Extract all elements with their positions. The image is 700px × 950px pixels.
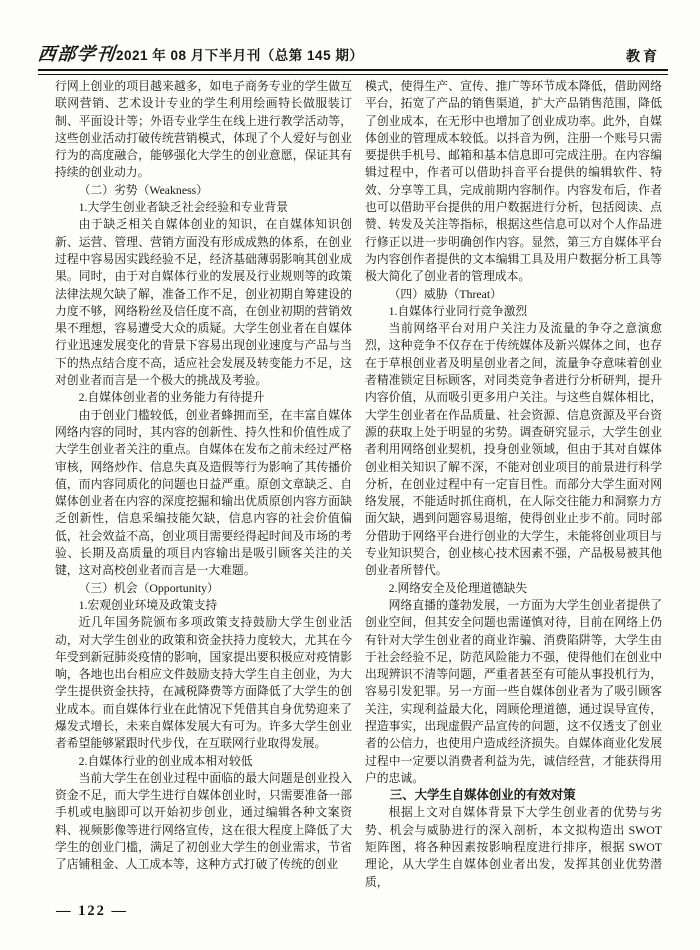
section-heading: 三、大学生自媒体创业的有效对策 — [365, 787, 662, 804]
numbered-heading: 2.自媒体创业者的业务能力有待提升 — [55, 389, 352, 406]
numbered-heading: 1.自媒体行业同行竞争激烈 — [365, 303, 662, 320]
subsection-heading: （三）机会（Opportunity） — [55, 580, 352, 597]
subsection-heading: （二）劣势（Weakness） — [55, 182, 352, 199]
article-body: 行网上创业的项目越来越多，如电子商务专业的学生做互联网营销、艺术设计专业的学生利… — [55, 78, 662, 891]
journal-logo: 西部学刊 — [37, 40, 118, 66]
left-column: 行网上创业的项目越来越多，如电子商务专业的学生做互联网营销、艺术设计专业的学生利… — [55, 78, 352, 891]
paragraph: 网络直播的蓬勃发展，一方面为大学生创业者提供了创业空间，但其安全问题也需谨慎对待… — [365, 597, 662, 787]
paragraph: 当前大学生在创业过程中面临的最大问题是创业投入资金不足，而大学生进行自媒体创业时… — [55, 770, 352, 874]
numbered-heading: 2.网络安全及伦理道德缺失 — [365, 580, 662, 597]
paragraph: 根据上文对自媒体背景下大学生创业者的优势与劣势、机会与威胁进行的深入剖析，本文拟… — [365, 804, 662, 890]
numbered-heading: 1.宏观创业环境及政策支持 — [55, 597, 352, 614]
paragraph: 由于缺乏相关自媒体创业的知识，在自媒体知识创新、运营、管理、营销方面没有形成成熟… — [55, 216, 352, 389]
paragraph-continuation: 行网上创业的项目越来越多，如电子商务专业的学生做互联网营销、艺术设计专业的学生利… — [55, 78, 352, 182]
issue-info: 2021 年 08 月下半月刊（总第 145 期） — [116, 44, 363, 64]
subsection-heading: （四）威胁（Threat） — [365, 286, 662, 303]
right-column: 模式，使得生产、宣传、推广等环节成本降低，借助网络平台，拓宽了产品的销售渠道，扩… — [365, 78, 662, 891]
category-label: 教育 — [626, 46, 660, 66]
paragraph: 近几年国务院颁布多项政策支持鼓励大学生创业活动，对大学生创业的政策和资金扶持力度… — [55, 614, 352, 752]
page-number: — 122 — — [56, 903, 128, 920]
paragraph: 由于创业门槛较低，创业者蜂拥而至，在丰富自媒体网络内容的同时，其内容的创新性、持… — [55, 407, 352, 580]
page-header: 西部学刊 2021 年 08 月下半月刊（总第 145 期） 教育 — [38, 40, 668, 75]
paragraph-continuation: 模式，使得生产、宣传、推广等环节成本降低，借助网络平台，拓宽了产品的销售渠道，扩… — [365, 78, 662, 286]
numbered-heading: 2.自媒体行业的创业成本相对较低 — [55, 753, 352, 770]
paragraph: 当前网络平台对用户关注力及流量的争夺之意演愈烈，这种竞争不仅存在于传统媒体及新兴… — [365, 320, 662, 579]
journal-page: 西部学刊 2021 年 08 月下半月刊（总第 145 期） 教育 行网上创业的… — [0, 0, 700, 950]
numbered-heading: 1.大学生创业者缺乏社会经验和专业背景 — [55, 199, 352, 216]
header-divider — [38, 69, 668, 75]
